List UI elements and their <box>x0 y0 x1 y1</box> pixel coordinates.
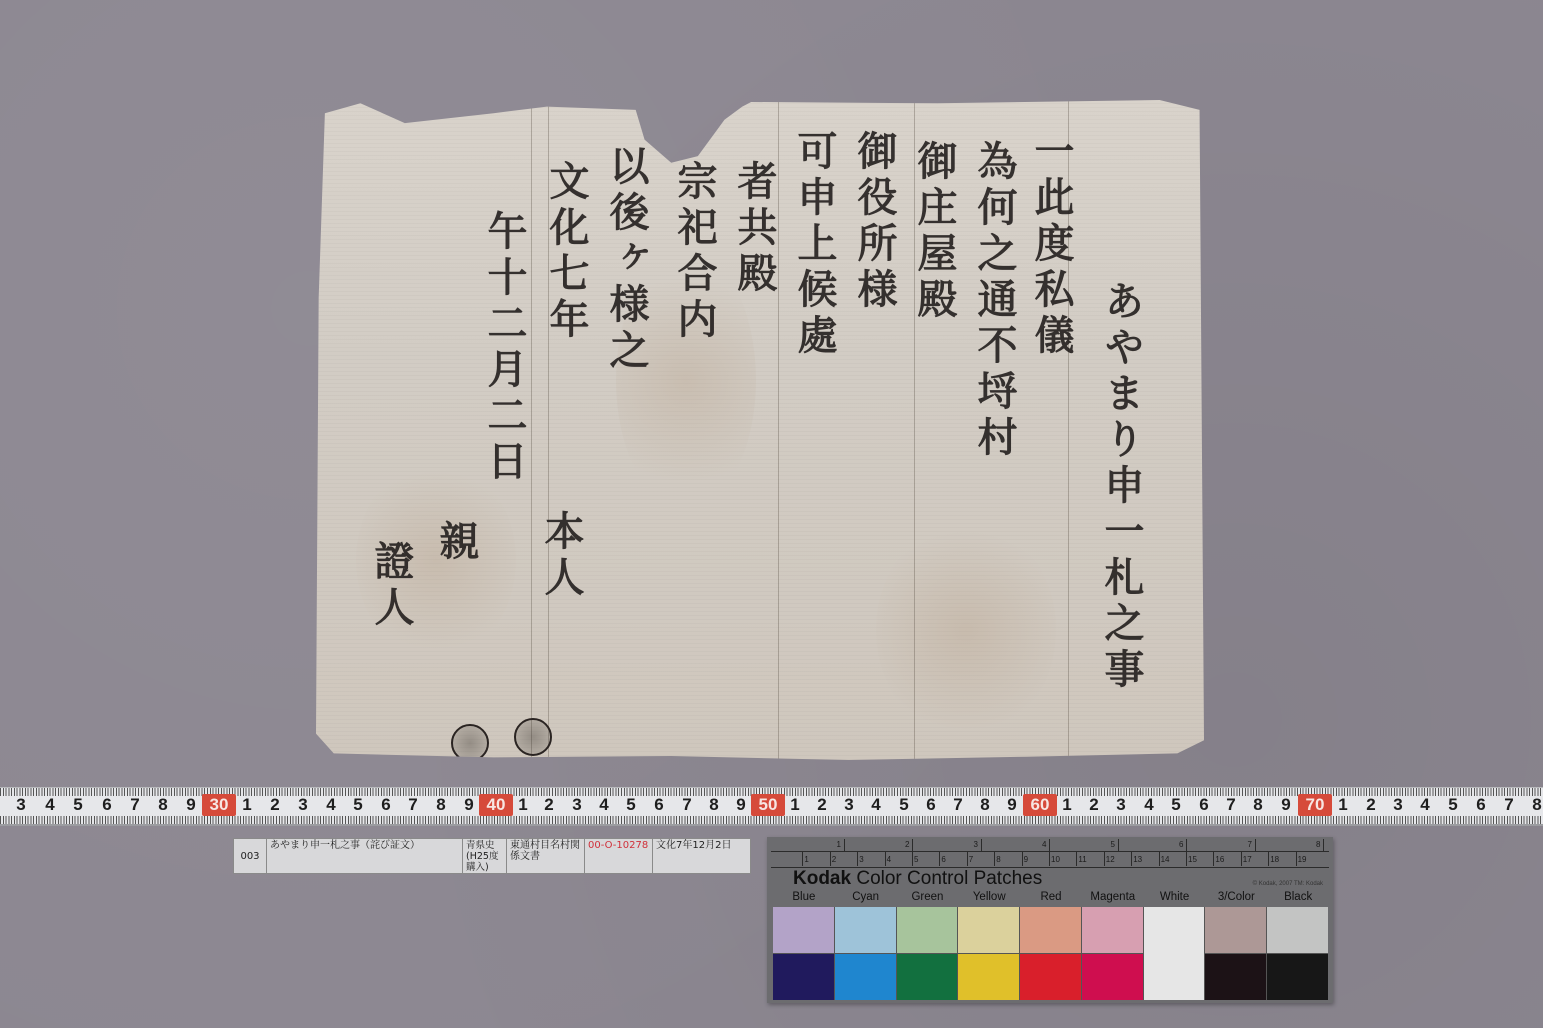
text-column: 宗祀合内 <box>674 160 714 344</box>
month-day-column: 午十二月二日 <box>484 210 524 486</box>
color-patch-red-light <box>1020 907 1081 953</box>
cm-number: 8 <box>996 855 1000 864</box>
tape-number: 4 <box>1415 795 1435 815</box>
cm-tick <box>967 852 968 866</box>
inch-number: 1 <box>837 840 841 849</box>
color-patch-red-dark <box>1020 954 1081 1000</box>
color-patch-white-light <box>1144 907 1205 1000</box>
tape-number: 5 <box>1443 795 1463 815</box>
tape-number: 8 <box>1248 795 1268 815</box>
tape-major-number: 40 <box>479 794 513 816</box>
cm-number: 17 <box>1243 855 1252 864</box>
text-column: 御庄屋殿 <box>914 140 954 324</box>
inch-tick <box>844 839 845 851</box>
inch-number: 8 <box>1316 840 1320 849</box>
label-title: あやまり申一札之事（詫び証文） <box>267 839 463 873</box>
patch-name: Magenta <box>1082 891 1144 906</box>
tape-major-number: 70 <box>1298 794 1332 816</box>
tape-number: 4 <box>866 795 886 815</box>
tape-number: 1 <box>237 795 257 815</box>
inch-number: 5 <box>1111 840 1115 849</box>
tape-number: 5 <box>348 795 368 815</box>
color-patches <box>773 907 1328 1000</box>
tape-number: 5 <box>621 795 641 815</box>
color-patch-blue-light <box>773 907 834 953</box>
cm-number: 4 <box>887 855 891 864</box>
seal-stamp <box>514 718 552 756</box>
tape-number: 7 <box>948 795 968 815</box>
tape-number: 6 <box>1471 795 1491 815</box>
label-collection: 東通村目名村関係文書 <box>507 839 585 873</box>
catalog-label: 003 あやまり申一札之事（詫び証文） 青県史(H25度購入) 東通村目名村関係… <box>233 838 751 874</box>
text-column: 者共殿 <box>734 160 774 298</box>
color-patch-yellow-dark <box>958 954 1019 1000</box>
tape-number: 9 <box>1276 795 1296 815</box>
cm-tick <box>1241 852 1242 866</box>
paper-stain <box>876 520 1056 740</box>
kodak-copyright: © Kodak, 2007 TM: Kodak <box>1253 881 1323 887</box>
color-patch-3-color-dark <box>1205 954 1266 1000</box>
inch-tick <box>912 839 913 851</box>
color-patch-cyan-light <box>835 907 896 953</box>
text-column: 以後ヶ様之 <box>606 145 646 375</box>
kodak-color-chart: 1234567812345678910111213141516171819 Ko… <box>767 837 1333 1003</box>
color-patch-3-color-light <box>1205 907 1266 953</box>
cm-tick <box>1131 852 1132 866</box>
patch-name: Green <box>897 891 959 906</box>
tape-number: 6 <box>376 795 396 815</box>
inch-tick <box>1323 839 1324 851</box>
cm-number: 10 <box>1051 855 1060 864</box>
tape-number: 7 <box>677 795 697 815</box>
inch-tick <box>1255 839 1256 851</box>
tape-number: 9 <box>181 795 201 815</box>
tape-number: 8 <box>431 795 451 815</box>
color-patch-black-light <box>1267 907 1328 953</box>
cm-tick <box>1104 852 1105 866</box>
cm-number: 14 <box>1161 855 1170 864</box>
tape-number: 8 <box>704 795 724 815</box>
tape-number: 5 <box>1166 795 1186 815</box>
patch-names: BlueCyanGreenYellowRedMagentaWhite3/Colo… <box>773 891 1329 906</box>
color-patch-yellow-light <box>958 907 1019 953</box>
cm-number: 12 <box>1106 855 1115 864</box>
color-patch-green-dark <box>897 954 958 1000</box>
tape-number: 6 <box>97 795 117 815</box>
historical-document: あやまり申一札之事 一此度私儀 為何之通不埒村 御庄屋殿 御役所様 可申上候處 … <box>316 100 1204 760</box>
cm-number: 1 <box>804 855 808 864</box>
document-title-column: あやまり申一札之事 <box>1101 280 1141 694</box>
tape-number: 3 <box>293 795 313 815</box>
tape-number: 1 <box>785 795 805 815</box>
tape-number: 2 <box>1084 795 1104 815</box>
patch-name: Yellow <box>958 891 1020 906</box>
cm-number: 13 <box>1133 855 1142 864</box>
cm-tick <box>912 852 913 866</box>
cm-number: 16 <box>1215 855 1224 864</box>
cm-tick <box>1049 852 1050 866</box>
tape-number: 3 <box>1388 795 1408 815</box>
kodak-brand: Kodak <box>793 868 851 889</box>
tape-number: 3 <box>11 795 31 815</box>
tape-number: 5 <box>68 795 88 815</box>
cm-number: 15 <box>1188 855 1197 864</box>
cm-number: 19 <box>1298 855 1307 864</box>
color-patch-green-light <box>897 907 958 953</box>
kodak-ruler: 1234567812345678910111213141516171819 <box>771 839 1329 868</box>
text-column: 御役所様 <box>854 130 894 314</box>
tape-number: 1 <box>1057 795 1077 815</box>
cm-number: 11 <box>1078 855 1086 864</box>
cm-tick <box>1213 852 1214 866</box>
principal-signature: 本人 <box>541 510 581 602</box>
text-column: 為何之通不埒村 <box>974 140 1014 462</box>
inch-tick <box>1049 839 1050 851</box>
fold-line <box>531 100 532 760</box>
tape-number: 9 <box>731 795 751 815</box>
patch-name: Red <box>1020 891 1082 906</box>
cm-number: 2 <box>832 855 836 864</box>
fold-line <box>778 100 779 760</box>
cm-tick <box>1186 852 1187 866</box>
inch-tick <box>981 839 982 851</box>
cm-tick <box>830 852 831 866</box>
label-date: 文化7年12月2日 <box>653 839 750 873</box>
tape-number: 2 <box>1361 795 1381 815</box>
tape-number: 4 <box>594 795 614 815</box>
color-patch-cyan-dark <box>835 954 896 1000</box>
tape-number: 4 <box>321 795 341 815</box>
parent-signature: 親 <box>436 520 476 566</box>
tape-number: 8 <box>975 795 995 815</box>
cm-tick <box>939 852 940 866</box>
inch-tick <box>1186 839 1187 851</box>
tape-number: 7 <box>403 795 423 815</box>
tape-number: 7 <box>125 795 145 815</box>
cm-tick <box>802 852 803 866</box>
tape-number: 6 <box>1194 795 1214 815</box>
cm-tick <box>1076 852 1077 866</box>
tape-number: 3 <box>1111 795 1131 815</box>
tape-major-number: 30 <box>202 794 236 816</box>
seal-stamp <box>451 724 489 762</box>
label-id: 00-O-10278 <box>585 839 653 873</box>
ruler-divider <box>771 851 1329 852</box>
text-column: 可申上候處 <box>794 130 834 360</box>
cm-tick <box>857 852 858 866</box>
tape-number: 9 <box>459 795 479 815</box>
cm-number: 7 <box>969 855 973 864</box>
guarantor-signature: 證人 <box>371 540 411 632</box>
cm-number: 3 <box>859 855 863 864</box>
color-patch-magenta-dark <box>1082 954 1143 1000</box>
tape-major-number: 60 <box>1023 794 1057 816</box>
tape-number: 7 <box>1499 795 1519 815</box>
inch-tick <box>1118 839 1119 851</box>
color-patch-magenta-light <box>1082 907 1143 953</box>
patch-name: Black <box>1267 891 1329 906</box>
label-number: 003 <box>234 839 267 873</box>
inch-number: 3 <box>974 840 978 849</box>
tape-number: 6 <box>921 795 941 815</box>
cm-number: 9 <box>1024 855 1028 864</box>
cm-tick <box>1296 852 1297 866</box>
tape-number: 3 <box>839 795 859 815</box>
cm-number: 6 <box>941 855 945 864</box>
tape-number: 4 <box>1139 795 1159 815</box>
tape-number: 1 <box>1333 795 1353 815</box>
inch-number: 4 <box>1042 840 1046 849</box>
cm-tick <box>885 852 886 866</box>
cm-tick <box>1268 852 1269 866</box>
cm-tick <box>1159 852 1160 866</box>
kodak-title: Kodak Color Control Patches <box>793 868 1042 890</box>
tape-number: 8 <box>153 795 173 815</box>
tape-number: 4 <box>40 795 60 815</box>
tape-ticks-bottom <box>0 816 1543 824</box>
tape-number: 2 <box>265 795 285 815</box>
tape-number: 7 <box>1221 795 1241 815</box>
text-column: 一此度私儀 <box>1031 130 1071 360</box>
inch-number: 2 <box>905 840 909 849</box>
patch-name: Cyan <box>835 891 897 906</box>
label-source: 青県史(H25度購入) <box>463 839 507 873</box>
tape-number: 9 <box>1002 795 1022 815</box>
tape-number: 6 <box>649 795 669 815</box>
measuring-tape: 3456789301234567894012345678950123456789… <box>0 787 1543 826</box>
inch-number: 6 <box>1179 840 1183 849</box>
tape-number: 2 <box>539 795 559 815</box>
tape-major-number: 50 <box>751 794 785 816</box>
patch-name: Blue <box>773 891 835 906</box>
patch-name: 3/Color <box>1205 891 1267 906</box>
cm-number: 18 <box>1270 855 1279 864</box>
color-patch-black-dark <box>1267 954 1328 1000</box>
tape-number: 1 <box>513 795 533 815</box>
color-patch-blue-dark <box>773 954 834 1000</box>
patch-name: White <box>1144 891 1206 906</box>
tape-number: 5 <box>894 795 914 815</box>
inch-number: 7 <box>1248 840 1252 849</box>
tape-number: 2 <box>812 795 832 815</box>
cm-number: 5 <box>914 855 918 864</box>
kodak-subtitle: Color Control Patches <box>856 868 1042 889</box>
era-date-column: 文化七年 <box>546 160 586 344</box>
tape-number: 8 <box>1527 795 1543 815</box>
cm-tick <box>1022 852 1023 866</box>
cm-tick <box>994 852 995 866</box>
tape-number: 3 <box>567 795 587 815</box>
